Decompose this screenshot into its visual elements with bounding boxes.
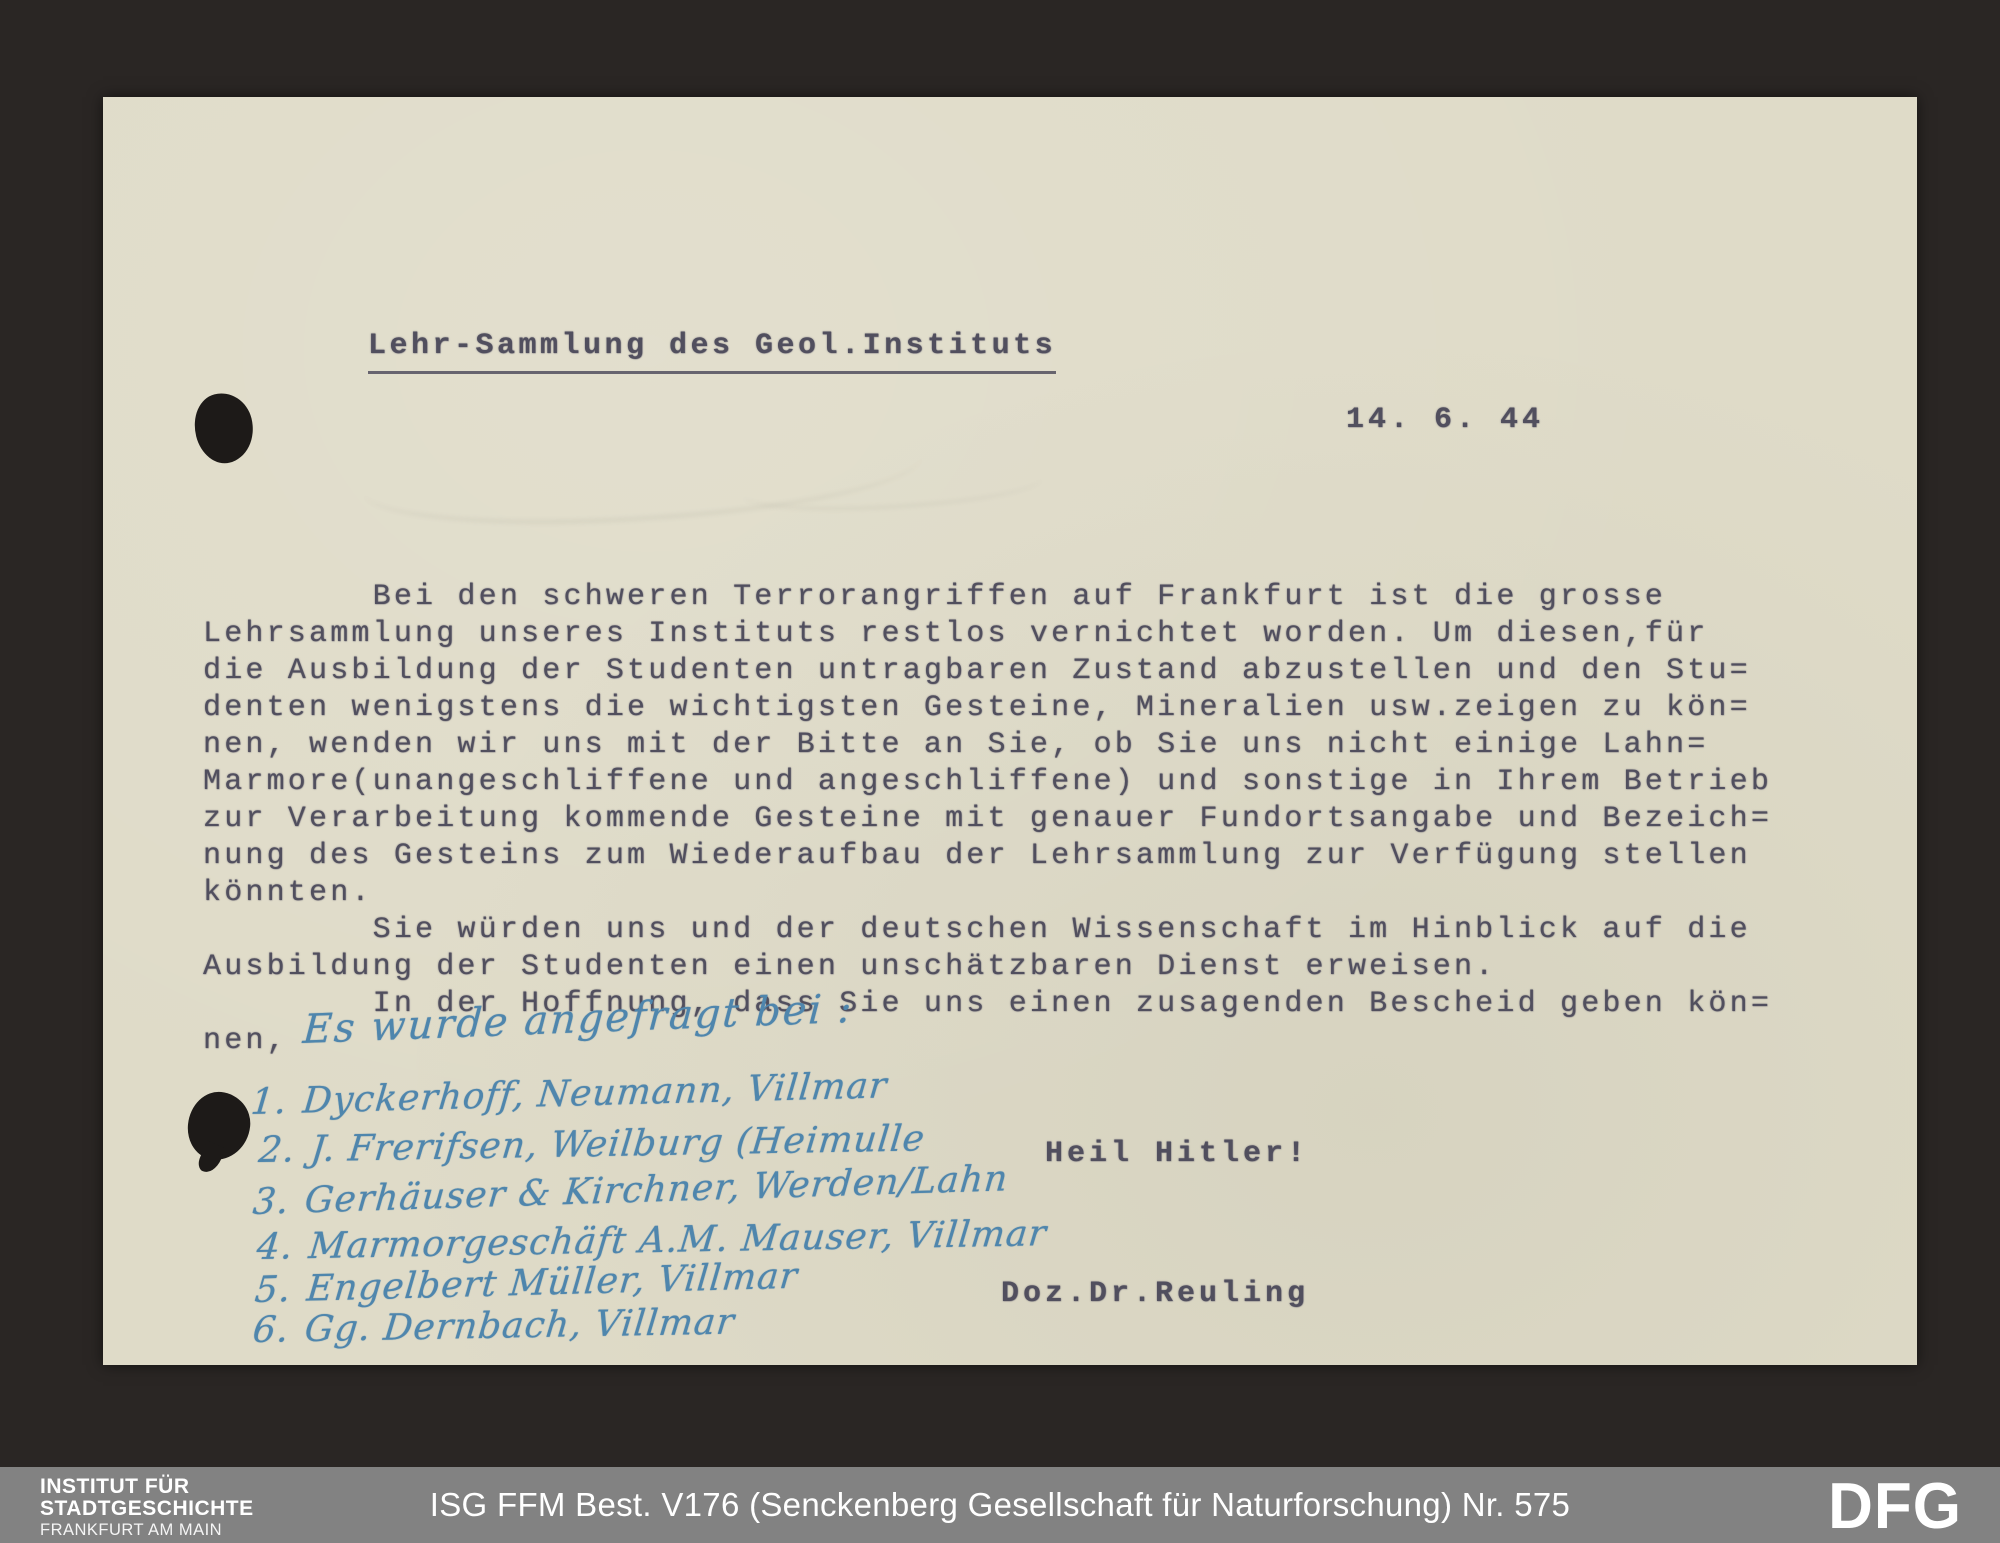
body-line: Sie würden uns und der deutschen Wissens…	[203, 912, 1863, 949]
handwritten-list-item: 1.Dyckerhoff, Neumann, Villmar	[249, 1065, 889, 1123]
body-line: die Ausbildung der Studenten untragbaren…	[203, 653, 1863, 690]
list-number: 2.	[257, 1129, 313, 1171]
punch-hole	[185, 1089, 254, 1163]
faint-pencil-smudge	[742, 460, 1043, 514]
body-line: nung des Gesteins zum Wiederaufbau der L…	[203, 838, 1863, 875]
punch-hole	[187, 387, 260, 469]
typed-salute: Heil Hitler!	[1045, 1137, 1309, 1171]
body-line: Ausbildung der Studenten einen unschätzb…	[203, 949, 1863, 986]
body-line: zur Verarbeitung kommende Gesteine mit g…	[203, 801, 1863, 838]
list-text: J. Frerifsen, Weilburg (Heimulle	[309, 1118, 927, 1170]
body-line: Marmore(unangeschliffene und angeschliff…	[203, 764, 1863, 801]
body-line: könnten.	[203, 875, 1863, 912]
list-number: 6.	[251, 1309, 307, 1351]
list-number: 5.	[253, 1269, 309, 1311]
archive-reference-label: ISG FFM Best. V176 (Senckenberg Gesellsc…	[0, 1486, 2000, 1524]
scanned-letter-page: Lehr-Sammlung des Geol.Instituts 14. 6. …	[103, 97, 1917, 1365]
archive-scan-viewer: Lehr-Sammlung des Geol.Instituts 14. 6. …	[0, 0, 2000, 1543]
handwritten-list-item: 6.Gg. Dernbach, Villmar	[251, 1302, 737, 1351]
body-line: Lehrsammlung unseres Instituts restlos v…	[203, 616, 1863, 653]
letter-title: Lehr-Sammlung des Geol.Instituts	[368, 329, 1056, 374]
letter-date: 14. 6. 44	[1346, 403, 1544, 437]
list-number: 4.	[255, 1226, 311, 1268]
typed-signature: Doz.Dr.Reuling	[1001, 1277, 1309, 1311]
body-line: denten wenigstens die wichtigsten Gestei…	[203, 690, 1863, 727]
institute-city: FRANKFURT AM MAIN	[40, 1522, 254, 1539]
list-number: 1.	[249, 1081, 305, 1123]
list-text: Dyckerhoff, Neumann, Villmar	[301, 1065, 889, 1121]
dfg-logo: DFG	[1828, 1469, 1962, 1543]
letter-body: Bei den schweren Terrorangriffen auf Fra…	[203, 579, 1863, 1060]
archive-footer-bar: INSTITUT FÜR STADTGESCHICHTE FRANKFURT A…	[0, 1467, 2000, 1543]
list-text: Gg. Dernbach, Villmar	[303, 1302, 737, 1351]
body-line: nen, wenden wir uns mit der Bitte an Sie…	[203, 727, 1863, 764]
list-number: 3.	[251, 1180, 307, 1223]
body-line: Bei den schweren Terrorangriffen auf Fra…	[203, 579, 1863, 616]
